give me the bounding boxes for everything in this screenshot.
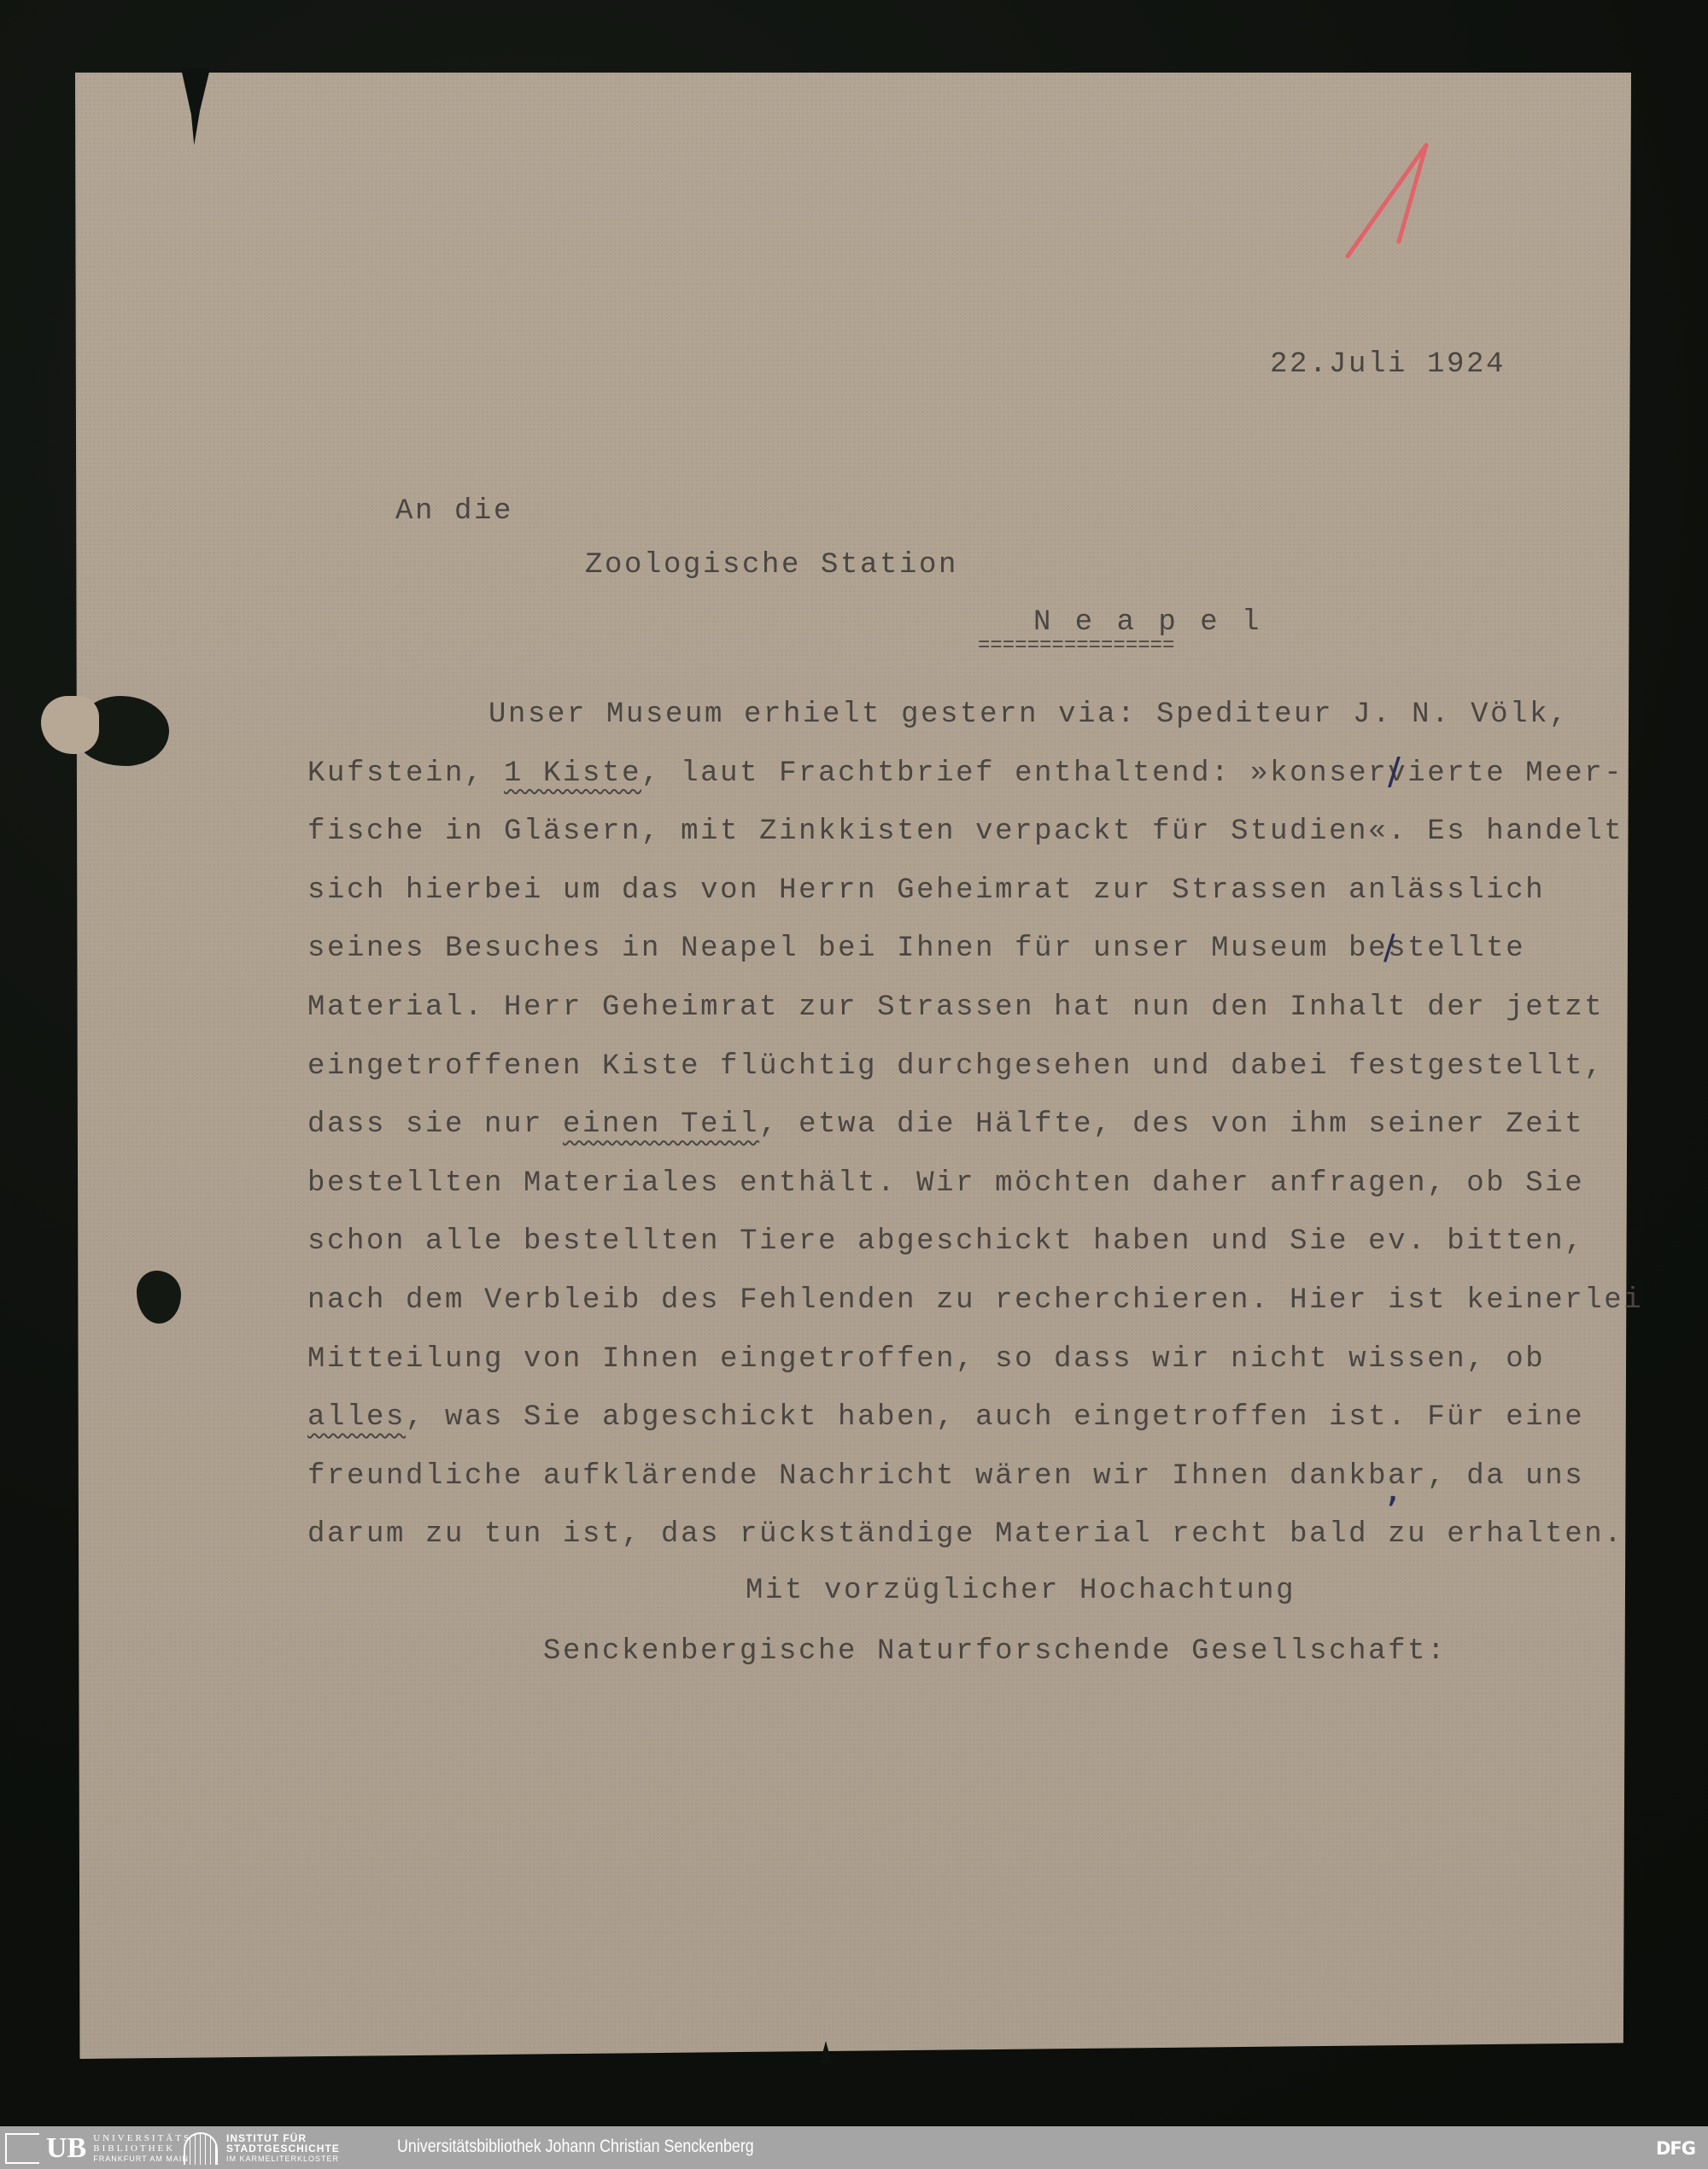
body-text: Kufstein, xyxy=(307,757,504,790)
ub-emblem-icon xyxy=(5,2133,39,2164)
body-text: , etwa die Hälfte, des von ihm seiner Ze… xyxy=(759,1108,1584,1141)
body-line: sich hierbei um das von Herrn Geheimrat … xyxy=(307,876,1545,905)
body-line: schon alle bestellten Tiere abgeschickt … xyxy=(307,1227,1584,1256)
isg-line-3: IM KARMELITERKLOSTER xyxy=(226,2154,340,2164)
isg-logo[interactable]: INSTITUT FÜR STADTGESCHICHTE IM KARMELIT… xyxy=(184,2131,340,2166)
body-line: Material. Herr Geheimrat zur Strassen ha… xyxy=(307,993,1604,1022)
body-line: dass sie nur einen Teil, etwa die Hälfte… xyxy=(307,1110,1584,1139)
recipient-line-2: Zoologische Station xyxy=(585,551,958,580)
body-text: fische in Gläsern, mit Zinkkisten verpac… xyxy=(307,816,1623,848)
letter-date: 22.Juli 1924 xyxy=(1270,350,1506,379)
recipient-city-underline: ================ xyxy=(978,636,1174,657)
folio-number-mark xyxy=(1341,141,1435,260)
body-line: Kufstein, 1 Kiste, laut Frachtbrief enth… xyxy=(307,759,1623,788)
ub-logo[interactable]: UB UNIVERSITÄTS BIBLIOTHEK FRANKFURT AM … xyxy=(5,2131,191,2166)
signature-line: Senckenbergische Naturforschende Gesells… xyxy=(543,1637,1447,1666)
recipient-line-1: An die xyxy=(395,497,513,526)
body-line: alles, was Sie abgeschickt haben, auch e… xyxy=(307,1403,1584,1432)
body-line: Mitteilung von Ihnen eingetroffen, so da… xyxy=(307,1345,1545,1374)
body-line: seines Besuches in Neapel bei Ihnen für … xyxy=(307,934,1525,963)
body-text: bestellten Materiales enthält. Wir möcht… xyxy=(307,1167,1584,1200)
body-text: Mitteilung von Ihnen eingetroffen, so da… xyxy=(307,1343,1545,1376)
body-line: fische in Gläsern, mit Zinkkisten verpac… xyxy=(307,817,1623,846)
body-line: bestellten Materiales enthält. Wir möcht… xyxy=(307,1169,1584,1198)
dfg-logo: DFG xyxy=(1656,2138,1695,2159)
body-text: seines Besuches in Neapel bei Ihnen für … xyxy=(307,932,1525,965)
pen-correction-mark: / xyxy=(1383,931,1397,965)
body-line: nach dem Verbleib des Fehlenden zu reche… xyxy=(307,1286,1643,1315)
footer-bar: UB UNIVERSITÄTS BIBLIOTHEK FRANKFURT AM … xyxy=(0,2126,1708,2169)
body-text: , laut Frachtbrief enthaltend: »konservi… xyxy=(641,757,1623,790)
closing-salutation: Mit vorzüglicher Hochachtung xyxy=(746,1576,1296,1605)
ub-line-3: FRANKFURT AM MAIN xyxy=(93,2154,191,2164)
underlined-emphasis: einen Teil xyxy=(563,1108,759,1141)
body-text: darum zu tun ist, das rückständige Mater… xyxy=(307,1518,1623,1551)
body-text: schon alle bestellten Tiere abgeschickt … xyxy=(307,1225,1584,1258)
body-text: eingetroffenen Kiste flüchtig durchgeseh… xyxy=(307,1050,1604,1083)
ub-line-1: UNIVERSITÄTS xyxy=(93,2133,191,2143)
pen-correction-mark: / xyxy=(1388,753,1402,791)
body-line: darum zu tun ist, das rückständige Mater… xyxy=(307,1520,1623,1549)
underlined-emphasis: 1 Kiste xyxy=(504,757,641,790)
body-line: eingetroffenen Kiste flüchtig durchgeseh… xyxy=(307,1052,1604,1081)
recipient-city: N e a p e l xyxy=(1033,608,1262,637)
body-text: Unser Museum erhielt gestern via: Spedit… xyxy=(488,699,1569,731)
body-text: dass sie nur xyxy=(307,1108,563,1141)
body-text: Material. Herr Geheimrat zur Strassen ha… xyxy=(307,991,1604,1024)
pen-correction-mark: , xyxy=(1386,1467,1401,1508)
body-text: nach dem Verbleib des Fehlenden zu reche… xyxy=(307,1284,1643,1317)
library-title: Universitätsbibliothek Johann Christian … xyxy=(397,2137,754,2157)
ub-letters: UB xyxy=(46,2132,86,2165)
ub-line-2: BIBLIOTHEK xyxy=(93,2143,191,2154)
isg-line-2: STADTGESCHICHTE xyxy=(226,2143,340,2154)
body-line: Unser Museum erhielt gestern via: Spedit… xyxy=(488,700,1569,729)
body-text: sich hierbei um das von Herrn Geheimrat … xyxy=(307,874,1545,907)
underlined-emphasis: alles xyxy=(307,1401,406,1434)
gothic-arch-icon xyxy=(184,2132,218,2165)
body-text: , was Sie abgeschickt haben, auch einget… xyxy=(406,1401,1584,1434)
